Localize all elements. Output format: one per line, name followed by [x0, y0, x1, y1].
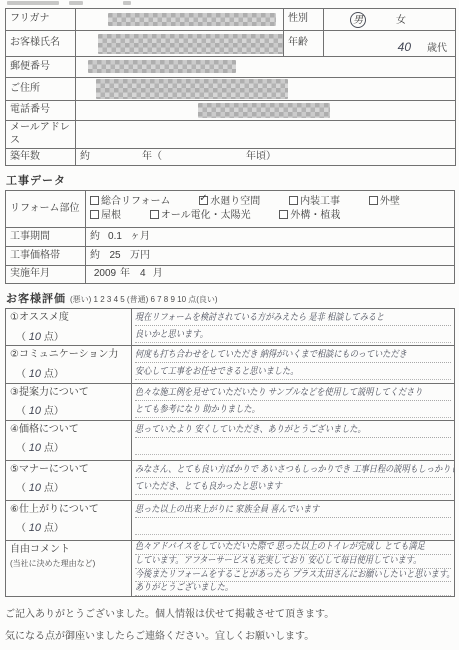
eval-item-title: ⑤マナーについて [10, 464, 127, 477]
name-label: お客様氏名 [6, 31, 76, 57]
built-years-suffix: 年頃） [246, 151, 276, 164]
handwritten-comment: ていただき、とても良かったと思います [135, 481, 282, 493]
handwritten-comment: 色々アドバイスをしていただいた際で 思った以上のトイレが完成し とても満足 [135, 541, 425, 553]
eval-row-manner: ⑤マナーについて （ 10 点） みなさん、とても良い方ばかりで あいさつもしっ… [6, 460, 455, 500]
eval-comment-cell: 色々な施工例を見せていただいたり サンプルなどを使用して説明してくださり とても… [132, 383, 455, 420]
checkbox-item-gaikou: 外構・植栽 [279, 210, 340, 223]
redacted-address-block [96, 79, 288, 99]
construction-table: リフォーム部位 総合リフォーム ✓水廻り空間 内装工事 外壁 屋根 オール電化・… [5, 190, 455, 284]
cutoff-text-mark [69, 1, 83, 5]
cutoff-text-mark [123, 1, 131, 5]
score-unit: 点 [44, 369, 54, 380]
built-years-prefix: 約 [80, 151, 90, 164]
age-label: 年齢 [284, 31, 324, 57]
footer-line-2: 気になる点が御座いましたらご連絡ください。宜しくお願いします。 [5, 627, 455, 642]
evaluation-scale-note: (悪い) 1 2 3 4 5 (普通) 6 7 8 9 10 点(良い) [70, 295, 218, 304]
comment-line: 良いかと思います。 [135, 326, 451, 343]
checkbox-item-alldenka: オール電化・太陽光 [150, 210, 251, 223]
eval-item-score: （ 10 点） [16, 331, 127, 345]
built-years-label: 築年数 [6, 149, 76, 166]
comment-line: とても参考になり 助かりました。 [135, 401, 451, 418]
row-date: 実施年月 2009年 4月 [6, 266, 455, 284]
score-handwritten: 10 [29, 482, 41, 494]
handwritten-comment: 何度も打ち合わせをしていただき 納得がいくまで相談にものっていただき [135, 349, 407, 361]
row-period: 工事期間 約0.1ヶ月 [6, 228, 455, 247]
handwritten-comment: みなさん、とても良い方ばかりで あいさつもしっかりでき 工事日程の説明もしっかり… [135, 464, 455, 476]
gender-value: 男女 [324, 9, 456, 31]
email-label: メールアドレス [6, 121, 76, 149]
eval-item-score: （ 10 点） [16, 442, 127, 456]
score-handwritten: 10 [29, 442, 41, 454]
reform-parts-value: 総合リフォーム ✓水廻り空間 内装工事 外壁 屋根 オール電化・太陽光 外構・植… [86, 191, 455, 228]
period-prefix: 約 [90, 231, 100, 242]
eval-label-cell: ④価格について （ 10 点） [6, 420, 132, 460]
eval-item-title: ①オススメ度 [10, 312, 127, 325]
postal-label: 郵便番号 [6, 57, 76, 78]
handwritten-comment: とても参考になり 助かりました。 [135, 404, 260, 416]
construction-section-title: 工事データ [6, 172, 455, 188]
checkbox-item-naiso: 内装工事 [289, 196, 340, 209]
score-paren-open: （ [16, 406, 26, 417]
comment-line: 思っていたより 安くしていただき、ありがとうございました。 [135, 421, 451, 438]
eval-comment-cell: みなさん、とても良い方ばかりで あいさつもしっかりでき 工事日程の説明もしっかり… [132, 460, 455, 500]
checkbox-unchecked-icon [369, 196, 378, 205]
score-unit: 点 [44, 332, 54, 343]
score-handwritten: 10 [29, 331, 41, 343]
score-paren-open: （ [16, 369, 26, 380]
score-unit: 点 [44, 443, 54, 454]
period-unit: ヶ月 [130, 231, 150, 242]
price-unit: 万円 [130, 250, 150, 261]
eval-label-cell: ①オススメ度 （ 10 点） [6, 309, 132, 346]
evaluation-table: ①オススメ度 （ 10 点） 現在リフォームを検討されている方がみえたら 是非 … [5, 308, 455, 597]
checkbox-label: 外構・植栽 [290, 210, 340, 221]
gender-male-circled: 男 [350, 12, 366, 28]
row-postal: 郵便番号 [6, 57, 456, 78]
comment-line: 色々アドバイスをしていただいた際で 思った以上のトイレが完成し とても満足 [135, 541, 451, 555]
score-handwritten: 10 [29, 368, 41, 380]
eval-comment-cell: 何度も打ち合わせをしていただき 納得がいくまで相談にものっていただき 安心して工… [132, 346, 455, 383]
reform-parts-label: リフォーム部位 [6, 191, 86, 228]
survey-form-page: フリガナ 性別 男女 お客様氏名 年齢 40歳代 郵便番号 ご住所 電話番号 [0, 0, 459, 650]
checkbox-item-sogo-reform: 総合リフォーム [90, 196, 171, 209]
score-paren-open: （ [16, 523, 26, 534]
eval-row-free-comment: 自由コメント (当社に決めた理由など) 色々アドバイスをしていただいた際で 思っ… [6, 540, 455, 597]
handwritten-comment: しています。アフターサービスも充実しており 安心して毎日使用しています。 [135, 555, 421, 567]
score-handwritten: 10 [29, 522, 41, 534]
checkbox-unchecked-icon [289, 196, 298, 205]
comment-line: 現在リフォームを検討されている方がみえたら 是非 相談してみると [135, 309, 451, 326]
cutoff-text-mark [7, 1, 59, 5]
score-paren-close: ） [54, 483, 64, 494]
score-paren-open: （ [16, 443, 26, 454]
eval-label-cell: ⑥仕上がりについて （ 10 点） [6, 500, 132, 540]
eval-item-title: ②コミュニケーション力 [10, 349, 127, 362]
evaluation-section-title: お客様評価(悪い) 1 2 3 4 5 (普通) 6 7 8 9 10 点(良い… [6, 290, 455, 306]
comment-line [135, 518, 451, 535]
free-comment-label: 自由コメント [10, 544, 127, 557]
redacted-postal-block [88, 60, 236, 73]
row-reform-parts: リフォーム部位 総合リフォーム ✓水廻り空間 内装工事 外壁 屋根 オール電化・… [6, 191, 455, 228]
date-year: 2009 [90, 268, 120, 281]
row-email: メールアドレス [6, 121, 456, 149]
period-label: 工事期間 [6, 228, 86, 247]
redacted-phone-block [198, 103, 330, 118]
handwritten-comment: 思っていたより 安くしていただき、ありがとうございました。 [135, 424, 366, 436]
checkbox-unchecked-icon [90, 196, 99, 205]
date-value: 2009年 4月 [86, 266, 455, 284]
postal-value [76, 57, 456, 78]
built-years-mid: 年（ [142, 151, 162, 164]
redacted-furigana-block [108, 13, 276, 26]
row-address: ご住所 [6, 78, 456, 101]
free-comment-cell: 色々アドバイスをしていただいた際で 思った以上のトイレが完成し とても満足 して… [132, 540, 455, 597]
date-month-unit: 月 [153, 268, 163, 279]
score-unit: 点 [44, 483, 54, 494]
row-phone: 電話番号 [6, 101, 456, 121]
comment-line: 何度も打ち合わせをしていただき 納得がいくまで相談にものっていただき [135, 346, 451, 363]
date-year-unit: 年 [120, 268, 130, 279]
handwritten-comment: 良いかと思います。 [135, 329, 208, 341]
evaluation-title-text: お客様評価 [6, 293, 66, 305]
score-paren-open: （ [16, 483, 26, 494]
gender-female: 女 [396, 15, 406, 26]
cutoff-header-fragment [5, 0, 455, 8]
handwritten-comment: 安心して工事をお任せできると思いました。 [135, 366, 298, 378]
eval-comment-cell: 現在リフォームを検討されている方がみえたら 是非 相談してみると 良いかと思いま… [132, 309, 455, 346]
checkbox-item-yane: 屋根 [90, 210, 121, 223]
address-value [76, 78, 456, 101]
eval-row-finish: ⑥仕上がりについて （ 10 点） 思った以上の出来上がりに 家族全員 喜んでい… [6, 500, 455, 540]
eval-comment-cell: 思っていたより 安くしていただき、ありがとうございました。 [132, 420, 455, 460]
price-number: 25 [100, 250, 130, 263]
comment-line: ていただき、とても良かったと思います [135, 478, 451, 495]
phone-value [76, 101, 456, 121]
price-label: 工事価格帯 [6, 247, 86, 266]
handwritten-comment: 思った以上の出来上がりに 家族全員 喜んでいます [135, 504, 319, 516]
redacted-name-block [98, 34, 284, 54]
checkbox-label: 総合リフォーム [101, 196, 171, 207]
eval-item-score: （ 10 点） [16, 368, 127, 382]
phone-label: 電話番号 [6, 101, 76, 121]
date-month: 4 [133, 268, 153, 281]
comment-line: 色々な施工例を見せていただいたり サンプルなどを使用して説明してくださり [135, 384, 451, 401]
comment-line: ありがとうございました。 [135, 582, 451, 596]
comment-line [135, 438, 451, 455]
score-handwritten: 10 [29, 405, 41, 417]
price-prefix: 約 [90, 250, 100, 261]
score-paren-close: ） [54, 369, 64, 380]
eval-item-title: ④価格について [10, 424, 127, 437]
free-comment-label-cell: 自由コメント (当社に決めた理由など) [6, 540, 132, 597]
checkbox-item-mizumawari: ✓水廻り空間 [199, 196, 260, 209]
comment-line: 安心して工事をお任せできると思いました。 [135, 363, 451, 380]
checkbox-item-gaiheki: 外壁 [369, 196, 400, 209]
checkbox-unchecked-icon [150, 210, 159, 219]
eval-row-price: ④価格について （ 10 点） 思っていたより 安くしていただき、ありがとうござ… [6, 420, 455, 460]
eval-comment-cell: 思った以上の出来上がりに 家族全員 喜んでいます [132, 500, 455, 540]
checkbox-row-2: 屋根 オール電化・太陽光 外構・植栽 [90, 210, 450, 223]
customer-info-table: フリガナ 性別 男女 お客様氏名 年齢 40歳代 郵便番号 ご住所 電話番号 [5, 8, 456, 166]
comment-line: 今後またリフォームをすることがあったら プラス太田さんにお願いしたいと思います。 [135, 569, 451, 583]
price-value: 約25万円 [86, 247, 455, 266]
score-paren-close: ） [54, 443, 64, 454]
score-unit: 点 [44, 406, 54, 417]
eval-item-title: ⑥仕上がりについて [10, 504, 127, 517]
comment-line: みなさん、とても良い方ばかりで あいさつもしっかりでき 工事日程の説明もしっかり… [135, 461, 451, 478]
period-value: 約0.1ヶ月 [86, 228, 455, 247]
footer-notes: ご記入ありがとうございました。個人情報は伏せて掲載させて頂きます。 気になる点が… [5, 605, 455, 642]
email-value [76, 121, 456, 149]
checkbox-unchecked-icon [279, 210, 288, 219]
handwritten-comment: 現在リフォームを検討されている方がみえたら 是非 相談してみると [135, 312, 384, 324]
eval-item-score: （ 10 点） [16, 405, 127, 419]
free-comment-sublabel: (当社に決めた理由など) [10, 559, 127, 569]
furigana-label: フリガナ [6, 9, 76, 31]
score-paren-close: ） [54, 406, 64, 417]
eval-row-proposal: ③提案力について （ 10 点） 色々な施工例を見せていただいたり サンプルなど… [6, 383, 455, 420]
row-furigana: フリガナ 性別 男女 [6, 9, 456, 31]
handwritten-comment: ありがとうございました。 [135, 582, 233, 594]
eval-row-recommend: ①オススメ度 （ 10 点） 現在リフォームを検討されている方がみえたら 是非 … [6, 309, 455, 346]
checkbox-unchecked-icon [90, 210, 99, 219]
score-unit: 点 [44, 523, 54, 534]
checkbox-label: 外壁 [380, 196, 400, 207]
eval-item-title: ③提案力について [10, 387, 127, 400]
score-paren-close: ） [54, 332, 64, 343]
checkbox-label: 屋根 [101, 210, 121, 221]
footer-line-1: ご記入ありがとうございました。個人情報は伏せて掲載させて頂きます。 [5, 605, 455, 620]
address-label: ご住所 [6, 78, 76, 101]
eval-item-score: （ 10 点） [16, 482, 127, 496]
eval-label-cell: ⑤マナーについて （ 10 点） [6, 460, 132, 500]
checkbox-label: オール電化・太陽光 [161, 210, 251, 221]
score-paren-open: （ [16, 332, 26, 343]
date-label: 実施年月 [6, 266, 86, 284]
row-built-years: 築年数 約年（年頃） [6, 149, 456, 166]
row-price: 工事価格帯 約25万円 [6, 247, 455, 266]
check-mark: ✓ [199, 193, 207, 206]
handwritten-comment: 今後またリフォームをすることがあったら プラス太田さんにお願いしたいと思います。 [135, 569, 455, 581]
checkbox-label: 水廻り空間 [210, 196, 260, 207]
age-unit: 歳代 [427, 43, 447, 54]
handwritten-comment: 色々な施工例を見せていただいたり サンプルなどを使用して説明してくださり [135, 387, 422, 399]
eval-item-score: （ 10 点） [16, 522, 127, 536]
row-name: お客様氏名 年齢 40歳代 [6, 31, 456, 57]
comment-line: しています。アフターサービスも充実しており 安心して毎日使用しています。 [135, 555, 451, 569]
furigana-value [76, 9, 284, 31]
period-number: 0.1 [100, 231, 130, 244]
eval-row-communication: ②コミュニケーション力 （ 10 点） 何度も打ち合わせをしていただき 納得がい… [6, 346, 455, 383]
eval-label-cell: ③提案力について （ 10 点） [6, 383, 132, 420]
checkbox-label: 内装工事 [300, 196, 340, 207]
name-value [76, 31, 284, 57]
eval-label-cell: ②コミュニケーション力 （ 10 点） [6, 346, 132, 383]
built-years-value: 約年（年頃） [76, 149, 456, 166]
checkbox-checked-icon: ✓ [199, 196, 208, 205]
age-handwritten: 40 [398, 40, 411, 54]
gender-label: 性別 [284, 9, 324, 31]
age-value: 40歳代 [324, 31, 456, 57]
comment-line: 思った以上の出来上がりに 家族全員 喜んでいます [135, 501, 451, 518]
score-paren-close: ） [54, 523, 64, 534]
checkbox-row-1: 総合リフォーム ✓水廻り空間 内装工事 外壁 [90, 196, 450, 209]
